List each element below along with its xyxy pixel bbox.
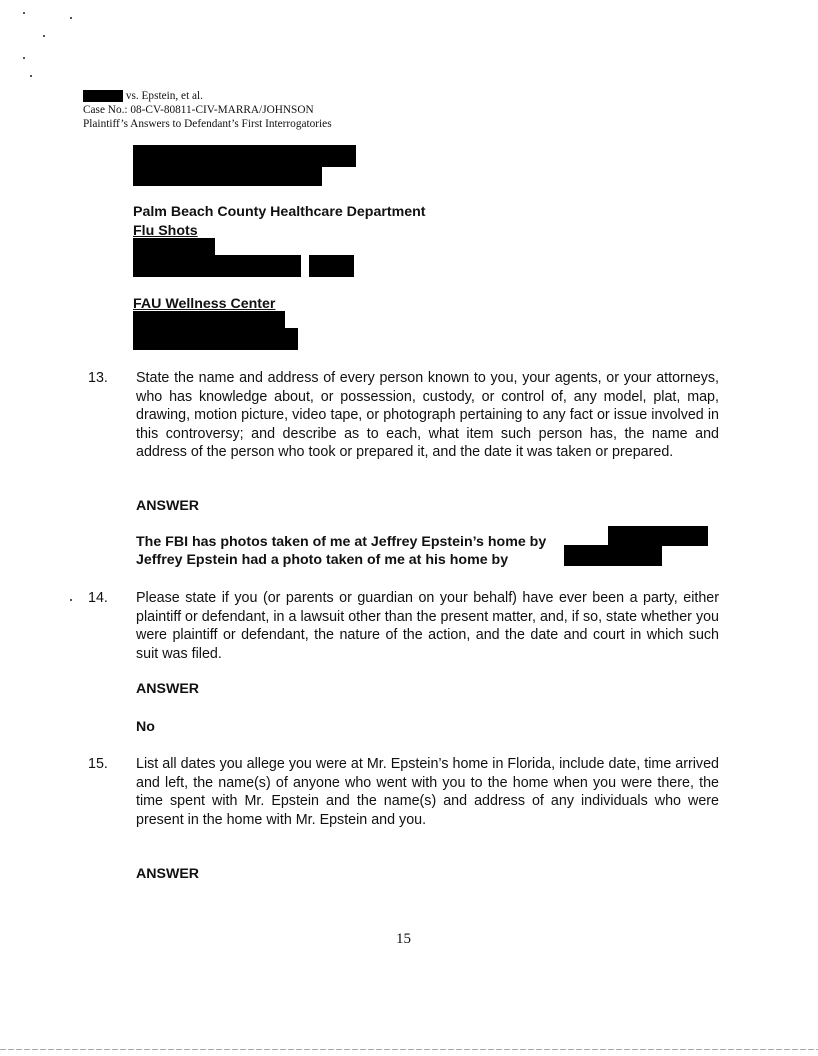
redaction-block <box>83 90 123 102</box>
answer-label: ANSWER <box>136 681 199 697</box>
scan-edge-line <box>0 1049 818 1050</box>
page-number: 15 <box>396 931 411 948</box>
scan-speck <box>70 599 72 601</box>
answer-line: Jeffrey Epstein had a photo taken of me … <box>136 551 508 569</box>
provider-name: Palm Beach County Healthcare Department <box>133 204 426 221</box>
answer-line: No <box>136 718 155 736</box>
redaction-block <box>133 166 322 186</box>
answer-label: ANSWER <box>136 866 199 882</box>
redaction-block <box>133 255 301 277</box>
item-number: 14. <box>88 589 108 608</box>
redaction-block <box>133 145 356 167</box>
document-title: Plaintiff’s Answers to Defendant’s First… <box>83 117 332 131</box>
caption-suffix: vs. Epstein, et al. <box>126 90 203 102</box>
item-number: 15. <box>88 755 108 774</box>
scan-speck <box>23 57 25 59</box>
document-page: vs. Epstein, et al. Case No.: 08-CV-8081… <box>0 0 818 1056</box>
scan-speck <box>43 35 45 37</box>
question-text: List all dates you allege you were at Mr… <box>136 755 719 829</box>
answer-line: The FBI has photos taken of me at Jeffre… <box>136 533 546 551</box>
item-number: 13. <box>88 369 108 388</box>
answer-label: ANSWER <box>136 498 199 514</box>
redaction-block <box>309 255 354 277</box>
question-text: State the name and address of every pers… <box>136 369 719 462</box>
case-caption: vs. Epstein, et al. Case No.: 08-CV-8081… <box>83 89 332 131</box>
scan-speck <box>70 17 72 19</box>
scan-speck <box>23 12 25 14</box>
scan-speck <box>30 75 32 77</box>
redaction-block <box>564 545 662 566</box>
case-number: Case No.: 08-CV-80811-CIV-MARRA/JOHNSON <box>83 103 332 117</box>
question-text: Please state if you (or parents or guard… <box>136 589 719 663</box>
redaction-block <box>608 526 708 546</box>
redaction-block <box>133 328 298 350</box>
caption-line: vs. Epstein, et al. <box>83 89 332 103</box>
